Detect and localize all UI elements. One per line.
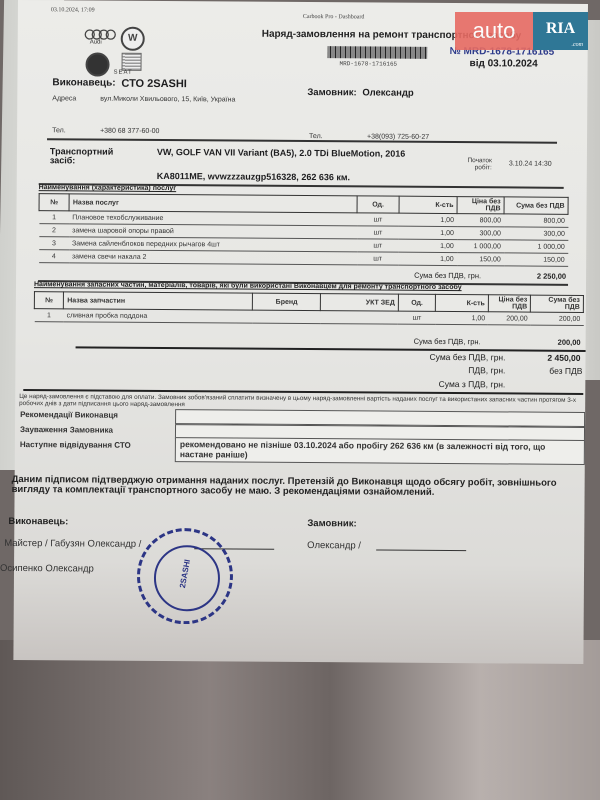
total-with-vat-label: Сума з ПДВ, грн. — [385, 379, 505, 390]
cell-sum: 150,00 — [504, 253, 568, 266]
executor-label: Виконавець: — [52, 77, 115, 88]
grand-totals: Сума без ПДВ, грн. 2 450,00 ПДВ, грн. бе… — [18, 0, 588, 4]
services-section-title: Найменування (характеристика) послуг — [39, 184, 177, 192]
cell-qty: 1,00 — [399, 213, 457, 226]
executor-address-label: Адреса — [52, 95, 76, 102]
parts-total-label: Сума без ПДВ, грн. — [414, 337, 481, 346]
cell-sum: 300,00 — [504, 227, 568, 240]
col-unit: Од. — [398, 294, 436, 311]
col-service-name: Назва послуг — [69, 194, 357, 213]
col-sum: Сума без ПДВ — [531, 295, 584, 312]
seat-label: SEAT — [113, 70, 132, 76]
col-sum: Сума без ПДВ — [504, 197, 568, 214]
services-total-value: 2 250,00 — [516, 271, 566, 280]
vw-logo-icon: W — [121, 27, 145, 51]
customer-signature-line — [376, 550, 466, 552]
watermark-auto: auto — [455, 12, 533, 50]
part-row: 1сливная пробка поддонашт1,00200,00200,0… — [34, 309, 583, 326]
cell-unit: шт — [398, 311, 435, 324]
customer-label: Замовник: — [307, 87, 356, 98]
col-brand: Бренд — [253, 293, 321, 310]
col-code: УКТ ЗЕД — [320, 294, 398, 312]
work-start-value: 3.10.24 14:30 — [509, 160, 552, 167]
vat-value: без ПДВ — [520, 366, 582, 376]
services-table: № Назва послуг Од. К-сть Ціна без ПДВ Су… — [38, 193, 568, 267]
vehicle-plate-vin-mileage: KA8011ME, wvwzzzauzgp516328, 262 636 км. — [157, 171, 350, 182]
cell-part-name: сливная пробка поддона — [64, 309, 253, 323]
confirmation-statement: Даним підписом підтверджую отримання над… — [12, 475, 592, 499]
col-qty: К-сть — [436, 294, 489, 311]
customer-remarks-label: Зауваження Замовника — [20, 425, 113, 435]
payment-note: Це наряд-замовлення є підставою для опла… — [19, 393, 579, 411]
document-date: від 03.10.2024 — [470, 58, 538, 69]
autoria-watermark: auto RIA .com — [455, 12, 588, 50]
next-visit-label: Наступне відвідування СТО — [20, 440, 131, 450]
executor-recommendations-label: Рекомендації Виконавця — [20, 410, 118, 420]
next-visit-field: рекомендовано не пізніше 03.10.2024 або … — [175, 437, 585, 465]
cell-brand — [253, 310, 321, 323]
divider — [76, 346, 586, 352]
col-number: № — [39, 194, 69, 211]
divider — [47, 138, 557, 143]
print-app-title: Carbook Pro - Dashboard — [303, 14, 365, 20]
cell-number: 2 — [39, 224, 69, 237]
executor-name: СТО 2SASHI — [121, 78, 187, 90]
executor-phone-label: Тел. — [52, 127, 66, 134]
cell-code — [320, 311, 398, 325]
parts-table: № Назва запчастин Бренд УКТ ЗЕД Од. К-ст… — [34, 291, 584, 326]
brand-logos: Audi W SEAT — [18, 0, 588, 4]
col-part-name: Назва запчастин — [64, 292, 253, 310]
cell-unit: шт — [357, 213, 399, 226]
vat-label: ПДВ, грн. — [385, 365, 505, 376]
cell-number: 3 — [39, 237, 69, 250]
cell-price: 150,00 — [457, 253, 504, 266]
print-datetime: 03.10.2024, 17:09 — [51, 7, 95, 13]
watermark-ria-text: RIA — [546, 20, 575, 37]
skoda-logo-icon — [85, 52, 109, 76]
background-table-surface — [0, 640, 600, 800]
cell-qty: 1,00 — [436, 311, 489, 324]
col-price: Ціна без ПДВ — [488, 295, 531, 312]
cell-price: 200,00 — [488, 312, 531, 325]
grand-total-label: Сума без ПДВ, грн. — [385, 352, 505, 363]
cell-price: 300,00 — [457, 227, 504, 240]
cell-qty: 1,00 — [398, 239, 456, 252]
col-price: Ціна без ПДВ — [457, 197, 504, 214]
company-stamp: 2SASHI — [137, 528, 234, 625]
watermark-suffix: .com — [572, 41, 584, 49]
cell-price: 1 000,00 — [457, 240, 504, 253]
work-start-label: Початок робіт: — [452, 157, 492, 171]
audi-logo-icon — [84, 27, 118, 39]
vehicle-label: Транспортний засіб: — [50, 147, 135, 166]
cell-unit: шт — [357, 226, 399, 239]
work-order-document: 03.10.2024, 17:09 Carbook Pro - Dashboar… — [13, 0, 588, 664]
cell-sum: 200,00 — [531, 312, 584, 325]
executor-name-line: Осипенко Олександр — [0, 563, 94, 575]
cell-sum: 1 000,00 — [504, 240, 568, 253]
cell-qty: 1,00 — [398, 252, 456, 265]
col-number: № — [34, 292, 63, 309]
executor-phone: +380 68 377-60-00 — [100, 128, 159, 135]
cell-sum: 800,00 — [504, 214, 568, 227]
cell-number: 1 — [34, 309, 63, 322]
customer-name: Олександр — [362, 87, 413, 98]
watermark-ria: RIA .com — [533, 12, 588, 50]
barcode-text: MRD-1678-1716165 — [340, 60, 398, 67]
cell-unit: шт — [357, 252, 399, 265]
executor-address: вул.Миколи Хвильового, 15, Київ, Україна — [100, 96, 235, 104]
customer-name-line: Олександр / — [307, 540, 361, 551]
col-unit: Од. — [357, 196, 399, 213]
cell-number: 1 — [39, 211, 69, 224]
services-total-label: Сума без ПДВ, грн. — [414, 271, 481, 280]
cell-qty: 1,00 — [399, 226, 457, 239]
customer-signature-label: Замовник: — [307, 518, 356, 529]
seat-logo-icon — [122, 53, 142, 71]
cell-service-name: замена свечи накала 2 — [69, 250, 357, 265]
cell-unit: шт — [357, 239, 399, 252]
service-row: 4замена свечи накала 2шт1,00150,00150,00 — [39, 250, 568, 267]
col-qty: К-сть — [399, 196, 457, 213]
executor-signature-label: Виконавець: — [8, 516, 68, 527]
remarks-section: Рекомендації Виконавця Зауваження Замовн… — [18, 0, 588, 4]
grand-total-value: 2 450,00 — [520, 353, 580, 363]
audi-label: Audi — [90, 40, 102, 46]
barcode-icon — [328, 46, 428, 59]
cell-price: 800,00 — [457, 214, 504, 227]
cell-number: 4 — [39, 250, 69, 263]
parts-total-value: 200,00 — [526, 338, 581, 347]
executor-master-line: Майстер / Габузян Олександр / — [4, 538, 141, 550]
vehicle-model: VW, GOLF VAN VII Variant (BA5), 2.0 TDi … — [157, 148, 477, 159]
